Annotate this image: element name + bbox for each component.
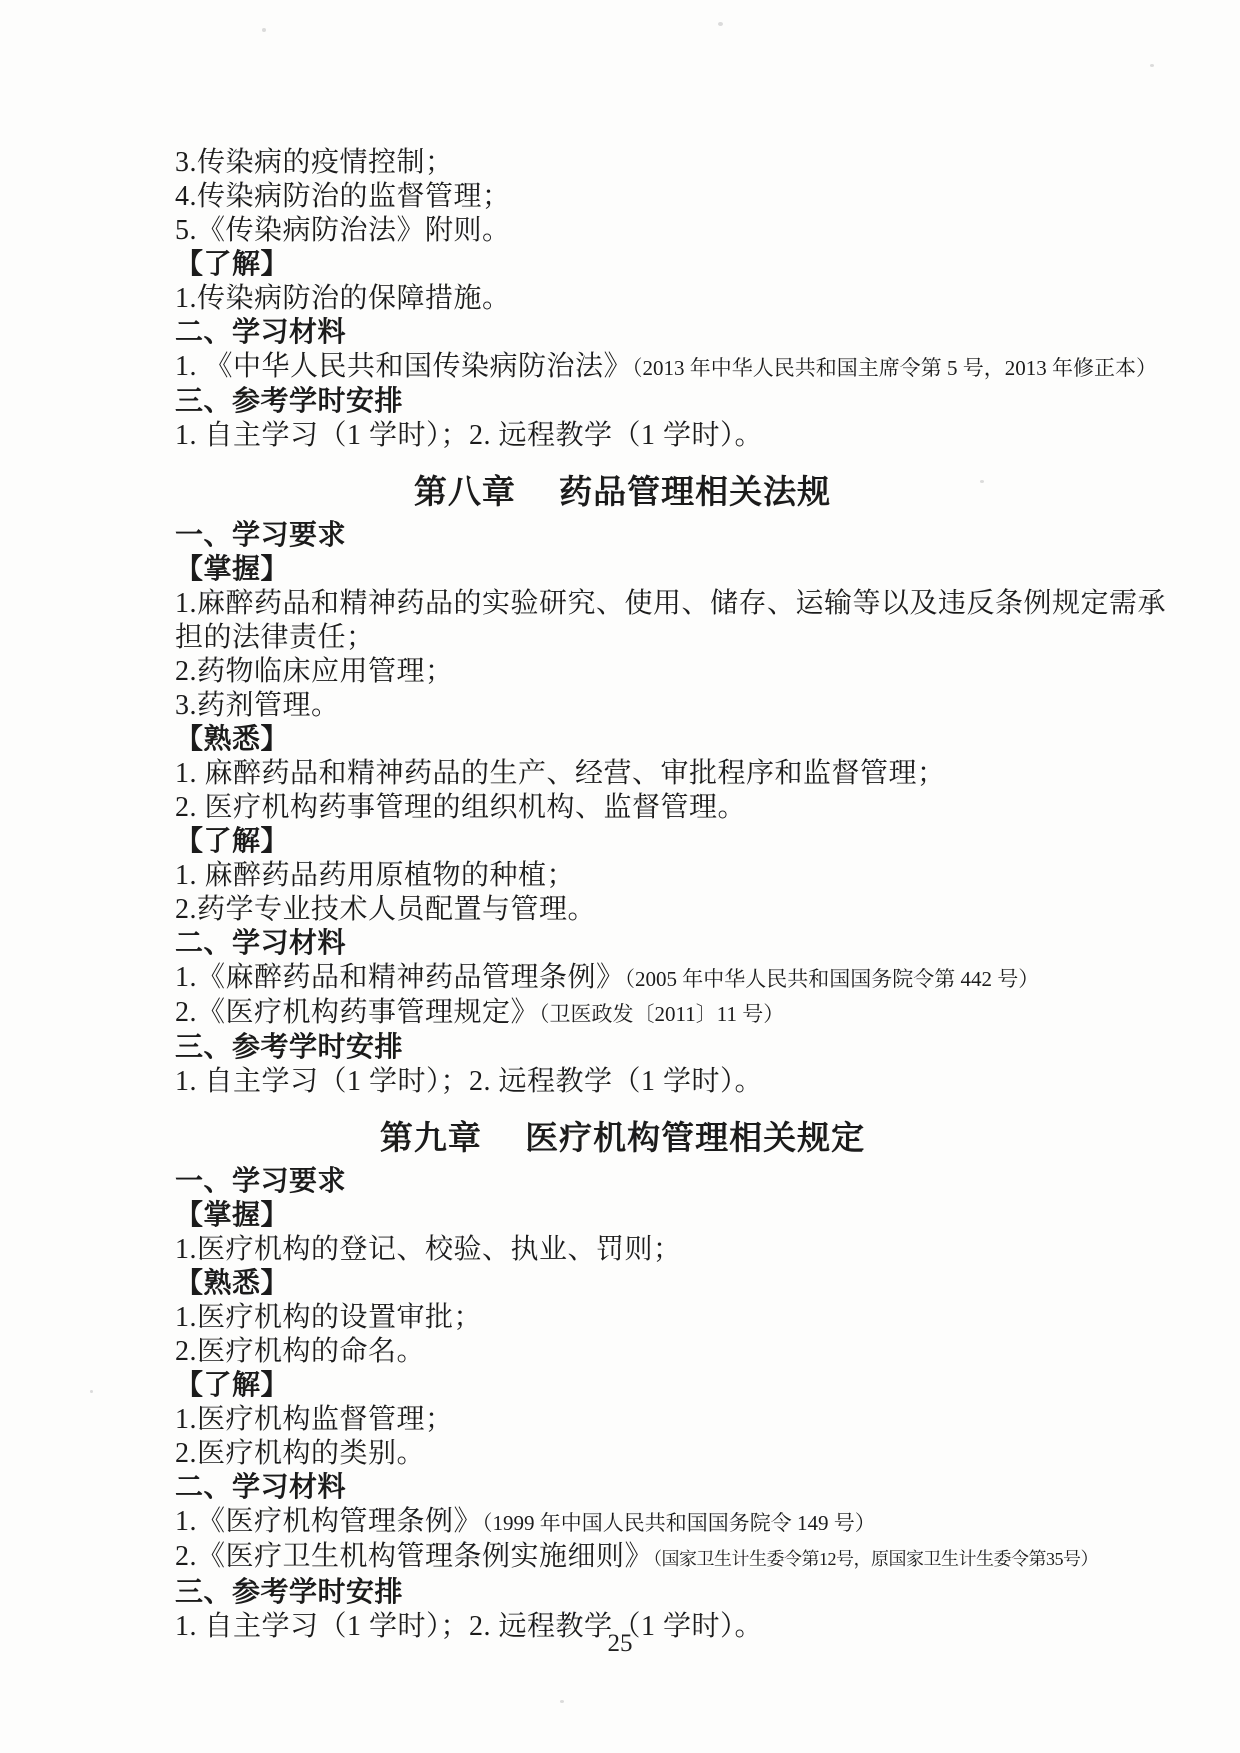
text-line: 1.医疗机构监督管理；	[175, 1403, 1070, 1437]
reference-annotation: （卫医政发〔2011〕11 号）	[539, 1002, 784, 1026]
text-line: 2.药学专业技术人员配置与管理。	[175, 893, 1070, 927]
reference-line: 2.《医疗机构药事管理规定》（卫医政发〔2011〕11 号）	[175, 996, 1070, 1031]
requirement-label: 【掌握】	[175, 1199, 1070, 1233]
document-page: 3.传染病的疫情控制；4.传染病防治的监督管理；5.《传染病防治法》附则。【了解…	[0, 0, 1240, 1753]
requirement-label: 【熟悉】	[175, 1267, 1070, 1301]
line-text: 二、学习材料	[175, 317, 346, 348]
text-line: 1.医疗机构的登记、校验、执业、罚则；	[175, 1233, 1070, 1267]
reference-annotation: （国家卫生计生委令第12号，原国家卫生计生委令第35号）	[653, 1549, 1098, 1569]
section-header: 二、学习材料	[175, 316, 1070, 350]
reference-line: 1. 《中华人民共和国传染病防治法》（2013 年中华人民共和国主席令第 5 号…	[175, 350, 1070, 385]
text-line: 2.药物临床应用管理；	[175, 655, 1070, 689]
line-text: 1.医疗机构的设置审批；	[175, 1302, 482, 1333]
line-text: 1. 自主学习（1 学时）；2. 远程教学（1 学时）。	[175, 420, 763, 451]
text-line: 5.《传染病防治法》附则。	[175, 214, 1070, 248]
reference-annotation: （2013 年中华人民共和国主席令第 5 号，2013 年修正本）	[632, 356, 1157, 380]
line-text: 【熟悉】	[175, 1268, 289, 1299]
line-text: 2.医疗机构的类别。	[175, 1438, 425, 1469]
text-line: 1.传染病防治的保障措施。	[175, 282, 1070, 316]
line-text: 一、学习要求	[175, 1166, 346, 1197]
scan-speck	[90, 1390, 93, 1393]
line-text: 【掌握】	[175, 554, 289, 585]
line-text: 一、学习要求	[175, 520, 346, 551]
requirement-label: 【了解】	[175, 1369, 1070, 1403]
line-text: 4.传染病防治的监督管理；	[175, 181, 511, 212]
line-text: 3.传染病的疫情控制；	[175, 147, 454, 178]
line-text: 2.药物临床应用管理；	[175, 656, 454, 687]
line-text: 三、参考学时安排	[175, 1032, 403, 1063]
chapter-heading: 第九章 医疗机构管理相关规定	[175, 1119, 1070, 1159]
line-text: 三、参考学时安排	[175, 386, 403, 417]
text-line: 1. 麻醉药品药用原植物的种植；	[175, 859, 1070, 893]
section-header: 三、参考学时安排	[175, 1031, 1070, 1065]
reference-line: 1.《麻醉药品和精神药品管理条例》（2005 年中华人民共和国国务院令第 442…	[175, 961, 1070, 996]
chapter-heading: 第八章 药品管理相关法规	[175, 473, 1070, 513]
line-text: 1.医疗机构的登记、校验、执业、罚则；	[175, 1234, 682, 1265]
line-text: 2.《医疗机构药事管理规定》	[175, 997, 539, 1028]
line-text: 1.《麻醉药品和精神药品管理条例》	[175, 962, 625, 993]
line-text: 1. 麻醉药品药用原植物的种植；	[175, 860, 575, 891]
line-text: 1. 《中华人民共和国传染病防治法》	[175, 351, 632, 382]
text-line: 1. 麻醉药品和精神药品的生产、经营、审批程序和监督管理；	[175, 757, 1070, 791]
text-line: 1.医疗机构的设置审批；	[175, 1301, 1070, 1335]
line-text: 1.医疗机构监督管理；	[175, 1404, 454, 1435]
line-text: 二、学习材料	[175, 1472, 346, 1503]
line-text: 担的法律责任；	[175, 622, 375, 653]
section-header: 三、参考学时安排	[175, 1576, 1070, 1610]
text-line: 1. 自主学习（1 学时）；2. 远程教学（1 学时）。	[175, 419, 1070, 453]
text-line: 1. 自主学习（1 学时）；2. 远程教学（1 学时）。	[175, 1065, 1070, 1099]
line-text: 5.《传染病防治法》附则。	[175, 215, 511, 246]
text-line: 担的法律责任；	[175, 621, 1070, 655]
text-line: 2.医疗机构的命名。	[175, 1335, 1070, 1369]
line-text: 【了解】	[175, 1370, 289, 1401]
text-line: 4.传染病防治的监督管理；	[175, 180, 1070, 214]
reference-line: 2.《医疗卫生机构管理条例实施细则》（国家卫生计生委令第12号，原国家卫生计生委…	[175, 1540, 1070, 1576]
requirement-label: 【熟悉】	[175, 723, 1070, 757]
section-header: 一、学习要求	[175, 519, 1070, 553]
scan-speck	[560, 1700, 564, 1703]
text-line: 3.传染病的疫情控制；	[175, 146, 1070, 180]
section-header: 三、参考学时安排	[175, 385, 1070, 419]
text-line: 1.麻醉药品和精神药品的实验研究、使用、储存、运输等以及违反条例规定需承	[175, 587, 1070, 621]
document-content: 3.传染病的疫情控制；4.传染病防治的监督管理；5.《传染病防治法》附则。【了解…	[175, 0, 1070, 1644]
requirement-label: 【掌握】	[175, 553, 1070, 587]
line-text: 1. 麻醉药品和精神药品的生产、经营、审批程序和监督管理；	[175, 758, 946, 789]
line-text: 2. 医疗机构药事管理的组织机构、监督管理。	[175, 792, 746, 823]
line-text: 第八章 药品管理相关法规	[414, 475, 831, 511]
section-header: 二、学习材料	[175, 927, 1070, 961]
line-text: 三、参考学时安排	[175, 1577, 403, 1608]
line-text: 2.医疗机构的命名。	[175, 1336, 425, 1367]
reference-line: 1.《医疗机构管理条例》（1999 年中国人民共和国国务院令 149 号）	[175, 1505, 1070, 1540]
line-text: 1. 自主学习（1 学时）；2. 远程教学（1 学时）。	[175, 1066, 763, 1097]
requirement-label: 【了解】	[175, 825, 1070, 859]
line-text: 【了解】	[175, 249, 289, 280]
line-text: 【了解】	[175, 826, 289, 857]
line-text: 1.《医疗机构管理条例》	[175, 1506, 482, 1537]
line-text: 二、学习材料	[175, 928, 346, 959]
section-header: 二、学习材料	[175, 1471, 1070, 1505]
text-line: 3.药剂管理。	[175, 689, 1070, 723]
page-number: 25	[0, 1630, 1240, 1658]
line-text: 2.《医疗卫生机构管理条例实施细则》	[175, 1541, 653, 1572]
text-line: 2. 医疗机构药事管理的组织机构、监督管理。	[175, 791, 1070, 825]
line-text: 3.药剂管理。	[175, 690, 340, 721]
text-line: 2.医疗机构的类别。	[175, 1437, 1070, 1471]
line-text: 2.药学专业技术人员配置与管理。	[175, 894, 596, 925]
requirement-label: 【了解】	[175, 248, 1070, 282]
line-text: 【熟悉】	[175, 724, 289, 755]
line-text: 1.传染病防治的保障措施。	[175, 283, 511, 314]
line-text: 第九章 医疗机构管理相关规定	[380, 1121, 865, 1157]
section-header: 一、学习要求	[175, 1165, 1070, 1199]
line-text: 1.麻醉药品和精神药品的实验研究、使用、储存、运输等以及违反条例规定需承	[175, 588, 1166, 619]
line-text: 【掌握】	[175, 1200, 289, 1231]
reference-annotation: （1999 年中国人民共和国国务院令 149 号）	[482, 1511, 876, 1535]
scan-speck	[1150, 64, 1154, 67]
reference-annotation: （2005 年中华人民共和国国务院令第 442 号）	[625, 967, 1040, 991]
